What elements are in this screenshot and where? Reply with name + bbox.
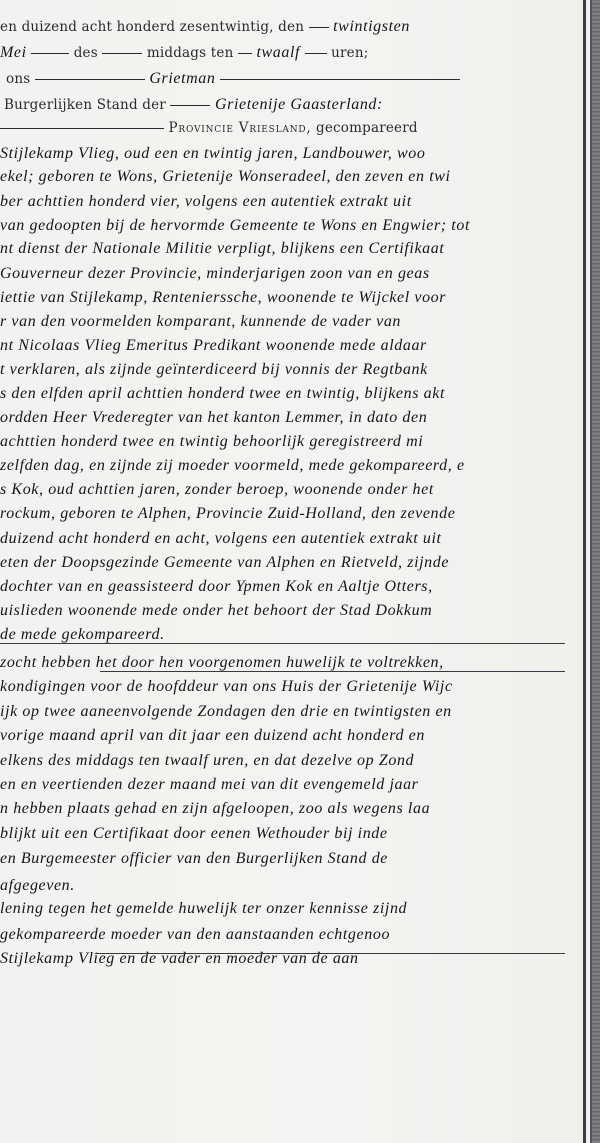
handwritten-line: eten der Doopsgezinde Gemeente van Alphe… bbox=[0, 554, 449, 572]
handwritten-line: iettie van Stijlekamp, Rentenierssche, w… bbox=[0, 289, 446, 307]
fill-rule bbox=[170, 105, 210, 106]
scanned-register-page: en duizend acht honderd zesentwintig, de… bbox=[0, 0, 600, 1143]
printed-des: des bbox=[74, 45, 98, 61]
handwritten-line: ekel; geboren te Wons, Grietenije Wonser… bbox=[0, 168, 451, 186]
section-divider bbox=[0, 643, 565, 644]
handwritten-line: Stijlekamp Vlieg, oud een en twintig jar… bbox=[0, 145, 425, 163]
printed-middags: middags ten bbox=[147, 45, 234, 61]
fill-rule bbox=[35, 79, 145, 80]
scan-edge-shadow bbox=[592, 0, 600, 1143]
printed-province: Provincie Vriesland, bbox=[169, 120, 312, 136]
handwritten-line: en Burgemeester officier van den Burgerl… bbox=[0, 850, 388, 868]
header-line-3: ons Grietman bbox=[6, 70, 460, 88]
fill-rule bbox=[102, 53, 142, 54]
handwritten-official-title: Grietman bbox=[149, 70, 215, 87]
handwritten-line: achttien honderd twee en twintig behoorl… bbox=[0, 433, 423, 451]
page-border-line bbox=[583, 0, 586, 1143]
handwritten-line: ber achttien honderd vier, volgens een a… bbox=[0, 193, 412, 211]
handwritten-line: van gedoopten bij de hervormde Gemeente … bbox=[0, 217, 470, 235]
handwritten-line: blijkt uit een Certifikaat door eenen We… bbox=[0, 825, 388, 843]
handwritten-line: en en veertienden dezer maand mei van di… bbox=[0, 776, 419, 794]
handwritten-line: kondigingen voor de hoofddeur van ons Hu… bbox=[0, 678, 453, 696]
handwritten-line: zocht hebben het door hen voorgenomen hu… bbox=[0, 654, 444, 672]
handwritten-line: nt Nicolaas Vlieg Emeritus Predikant woo… bbox=[0, 337, 427, 355]
handwritten-line: rockum, geboren te Alphen, Provincie Zui… bbox=[0, 505, 455, 523]
handwritten-line: elkens des middags ten twaalf uren, en d… bbox=[0, 752, 414, 770]
handwritten-line: duizend acht honderd en acht, volgens ee… bbox=[0, 530, 442, 548]
fill-rule bbox=[305, 53, 327, 54]
printed-burgerlijken-stand: Burgerlijken Stand der bbox=[4, 97, 166, 113]
handwritten-month: Mei bbox=[0, 44, 27, 61]
fill-rule bbox=[0, 128, 164, 129]
handwritten-line: lening tegen het gemelde huwelijk ter on… bbox=[0, 900, 407, 918]
handwritten-line: dochter van en geassisteerd door Ypmen K… bbox=[0, 578, 433, 596]
fill-rule bbox=[31, 53, 69, 54]
handwritten-line: Gouverneur dezer Provincie, minderjarige… bbox=[0, 265, 430, 283]
line-end-rule bbox=[100, 671, 565, 672]
header-line-2: Mei des middags ten twaalf uren; bbox=[0, 44, 368, 62]
handwritten-line: s Kok, oud achttien jaren, zonder beroep… bbox=[0, 481, 434, 499]
handwritten-line: r van den voormelden komparant, kunnende… bbox=[0, 313, 401, 331]
fill-rule bbox=[238, 53, 252, 54]
handwritten-line: zelfden dag, en zijnde zij moeder voorme… bbox=[0, 457, 465, 475]
handwritten-line: ordden Heer Vrederegter van het kanton L… bbox=[0, 409, 427, 427]
fill-rule bbox=[220, 79, 460, 80]
handwritten-line: de mede gekompareerd. bbox=[0, 626, 165, 644]
printed-ons: ons bbox=[6, 71, 30, 87]
line-end-rule bbox=[95, 953, 565, 954]
handwritten-line: ijk op twee aaneenvolgende Zondagen den … bbox=[0, 703, 452, 721]
handwritten-line: gekompareerde moeder van den aanstaanden… bbox=[0, 926, 390, 944]
handwritten-line: vorige maand april van dit jaar een duiz… bbox=[0, 727, 425, 745]
printed-gecompareerd: gecompareerd bbox=[316, 120, 418, 136]
handwritten-municipality: Grietenije Gaasterland: bbox=[215, 96, 383, 113]
handwritten-day: twintigsten bbox=[333, 18, 410, 35]
handwritten-line: afgegeven. bbox=[0, 877, 75, 895]
header-line-5: Provincie Vriesland, gecompareerd bbox=[0, 120, 418, 136]
header-line-1: en duizend acht honderd zesentwintig, de… bbox=[0, 18, 410, 36]
handwritten-line: nt dienst der Nationale Militie verpligt… bbox=[0, 240, 444, 258]
handwritten-line: uislieden woonende mede onder het behoor… bbox=[0, 602, 432, 620]
handwritten-line: n hebben plaats gehad en zijn afgeloopen… bbox=[0, 800, 430, 818]
handwritten-line: t verklaren, als zijnde geïnterdiceerd b… bbox=[0, 361, 428, 379]
handwritten-line: s den elfden april achttien honderd twee… bbox=[0, 385, 445, 403]
header-line-4: Burgerlijken Stand der Grietenije Gaaste… bbox=[4, 96, 383, 114]
handwritten-hour: twaalf bbox=[256, 44, 300, 61]
printed-year-text: en duizend acht honderd zesentwintig, de… bbox=[0, 19, 304, 35]
fill-rule bbox=[309, 27, 329, 28]
printed-uren: uren; bbox=[331, 45, 368, 61]
